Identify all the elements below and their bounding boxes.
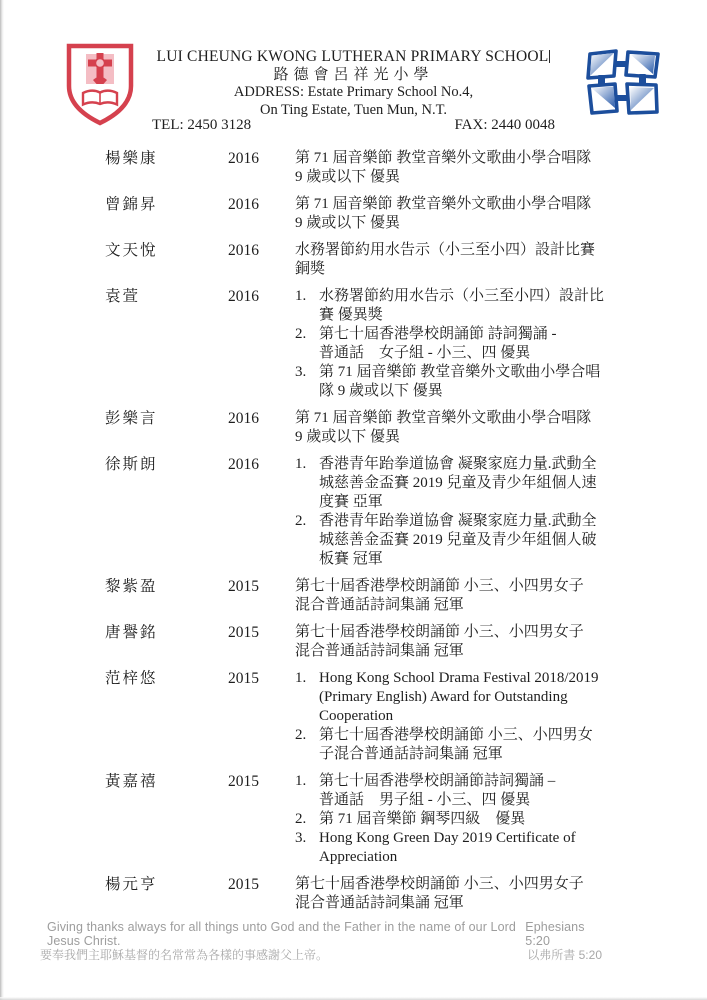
award-item-text: 第七十屆香港學校朗誦節詩詞獨誦 – 普通話 男子組 - 小三、四 優異	[319, 772, 654, 810]
award-item-number: 1.	[295, 772, 319, 810]
table-row: 黃嘉禧 2015 1.第七十屆香港學校朗誦節詩詞獨誦 – 普通話 男子組 - 小…	[105, 772, 654, 867]
award-item: 水務署節約用水告示（小三至小四）設計比賽 銅獎	[295, 241, 654, 279]
student-name: 黎紫盈	[105, 577, 228, 596]
award-year: 2015	[228, 875, 295, 894]
award-list: 水務署節約用水告示（小三至小四）設計比賽 銅獎	[295, 241, 654, 279]
tel-number: TEL: 2450 3128	[152, 117, 251, 134]
award-list: 第 71 屆音樂節 教堂音樂外文歌曲小學合唱隊 9 歲或以下 優異	[295, 409, 654, 447]
verse-text-en: Giving thanks always for all things unto…	[47, 920, 525, 948]
student-name: 黃嘉禧	[105, 772, 228, 791]
award-item-text: 香港青年跆拳道協會 凝聚家庭力量.武動全 城慈善金盃賽 2019 兒童及青少年組…	[319, 455, 654, 512]
award-item-text: 第七十屆香港學校朗誦節 小三、小四男女 子混合普通話詩詞集誦 冠軍	[319, 726, 654, 764]
table-row: 文天悅 2016 水務署節約用水告示（小三至小四）設計比賽 銅獎	[105, 241, 654, 279]
letterhead-text: LUI CHEUNG KWONG LUTHERAN PRIMARY SCHOOL…	[70, 48, 637, 119]
student-name: 文天悅	[105, 241, 228, 260]
award-year: 2015	[228, 623, 295, 642]
award-item-number: 3.	[295, 363, 319, 401]
awards-table-body: 楊樂康 2016 第 71 屆音樂節 教堂音樂外文歌曲小學合唱隊 9 歲或以下 …	[105, 149, 654, 913]
award-item: 第七十屆香港學校朗誦節 小三、小四男女子 混合普通話詩詞集誦 冠軍	[295, 875, 654, 913]
student-name: 袁萱	[105, 287, 228, 306]
verse-text-zh: 要奉我們主耶穌基督的名常常為各樣的事感謝父上帝。	[40, 946, 328, 963]
award-item-number: 2.	[295, 726, 319, 764]
award-item: 1.第七十屆香港學校朗誦節詩詞獨誦 – 普通話 男子組 - 小三、四 優異	[295, 772, 654, 810]
award-item-number: 1.	[295, 287, 319, 325]
table-row: 徐斯朗 2016 1.香港青年跆拳道協會 凝聚家庭力量.武動全 城慈善金盃賽 2…	[105, 455, 654, 569]
footer-verse-zh: 要奉我們主耶穌基督的名常常為各樣的事感謝父上帝。 以弗所書 5:20	[40, 946, 602, 963]
table-row: 唐譽銘 2015 第七十屆香港學校朗誦節 小三、小四男女子 混合普通話詩詞集誦 …	[105, 623, 654, 661]
table-row: 黎紫盈 2015 第七十屆香港學校朗誦節 小三、小四男女子 混合普通話詩詞集誦 …	[105, 577, 654, 615]
award-item-number: 2.	[295, 325, 319, 363]
verse-ref-zh: 以弗所書 5:20	[527, 946, 602, 963]
award-year: 2016	[228, 149, 295, 168]
award-item-number: 1.	[295, 669, 319, 726]
student-name: 曾錦昇	[105, 195, 228, 214]
table-row: 楊元亨 2015 第七十屆香港學校朗誦節 小三、小四男女子 混合普通話詩詞集誦 …	[105, 875, 654, 913]
student-name: 范梓悠	[105, 669, 228, 688]
award-list: 第七十屆香港學校朗誦節 小三、小四男女子 混合普通話詩詞集誦 冠軍	[295, 577, 654, 615]
award-year: 2015	[228, 772, 295, 791]
award-year: 2016	[228, 241, 295, 260]
table-row: 袁萱 2016 1.水務署節約用水告示（小三至小四）設計比 賽 優異獎2.第七十…	[105, 287, 654, 401]
award-item-text: 水務署節約用水告示（小三至小四）設計比 賽 優異獎	[319, 287, 654, 325]
award-list: 第 71 屆音樂節 教堂音樂外文歌曲小學合唱隊 9 歲或以下 優異	[295, 149, 654, 187]
tel-fax-row: TEL: 2450 3128 FAX: 2440 0048	[152, 117, 555, 134]
table-row: 曾錦昇 2016 第 71 屆音樂節 教堂音樂外文歌曲小學合唱隊 9 歲或以下 …	[105, 195, 654, 233]
award-item-text: 第七十屆香港學校朗誦節 詩詞獨誦 - 普通話 女子組 - 小三、四 優異	[319, 325, 654, 363]
award-item: 第七十屆香港學校朗誦節 小三、小四男女子 混合普通話詩詞集誦 冠軍	[295, 577, 654, 615]
award-item: 第 71 屆音樂節 教堂音樂外文歌曲小學合唱隊 9 歲或以下 優異	[295, 149, 654, 187]
award-item: 第 71 屆音樂節 教堂音樂外文歌曲小學合唱隊 9 歲或以下 優異	[295, 195, 654, 233]
address-line-1: ADDRESS: Estate Primary School No.4,	[70, 84, 637, 102]
award-item: 2.香港青年跆拳道協會 凝聚家庭力量.武動全 城慈善金盃賽 2019 兒童及青少…	[295, 512, 654, 569]
award-item-number: 3.	[295, 829, 319, 867]
award-list: 第七十屆香港學校朗誦節 小三、小四男女子 混合普通話詩詞集誦 冠軍	[295, 875, 654, 913]
school-name-zh: 路德會呂祥光小學	[70, 67, 637, 85]
award-item-number: 1.	[295, 455, 319, 512]
award-item-text: 第 71 屆音樂節 鋼琴四級 優異	[319, 810, 654, 829]
award-item-text: Hong Kong Green Day 2019 Certificate of …	[319, 829, 654, 867]
student-name: 唐譽銘	[105, 623, 228, 642]
award-item: 3.Hong Kong Green Day 2019 Certificate o…	[295, 829, 654, 867]
award-list: 1.Hong Kong School Drama Festival 2018/2…	[295, 669, 654, 764]
table-row: 范梓悠 2015 1.Hong Kong School Drama Festiv…	[105, 669, 654, 764]
award-list: 1.第七十屆香港學校朗誦節詩詞獨誦 – 普通話 男子組 - 小三、四 優異2.第…	[295, 772, 654, 867]
student-name: 楊樂康	[105, 149, 228, 168]
award-year: 2015	[228, 577, 295, 596]
school-name-en: LUI CHEUNG KWONG LUTHERAN PRIMARY SCHOOL	[70, 48, 637, 66]
award-item: 第 71 屆音樂節 教堂音樂外文歌曲小學合唱隊 9 歲或以下 優異	[295, 409, 654, 447]
document-page: LUI CHEUNG KWONG LUTHERAN PRIMARY SCHOOL…	[0, 0, 707, 1000]
award-list: 第 71 屆音樂節 教堂音樂外文歌曲小學合唱隊 9 歲或以下 優異	[295, 195, 654, 233]
award-item-text: 第 71 屆音樂節 教堂音樂外文歌曲小學合唱 隊 9 歲或以下 優異	[319, 363, 654, 401]
student-name: 彭樂言	[105, 409, 228, 428]
award-item-number: 2.	[295, 810, 319, 829]
awards-table: 楊樂康 2016 第 71 屆音樂節 教堂音樂外文歌曲小學合唱隊 9 歲或以下 …	[105, 149, 654, 921]
award-year: 2016	[228, 455, 295, 474]
award-item: 2.第 71 屆音樂節 鋼琴四級 優異	[295, 810, 654, 829]
award-item: 1.香港青年跆拳道協會 凝聚家庭力量.武動全 城慈善金盃賽 2019 兒童及青少…	[295, 455, 654, 512]
award-list: 1.水務署節約用水告示（小三至小四）設計比 賽 優異獎2.第七十屆香港學校朗誦節…	[295, 287, 654, 401]
footer-verse-en: Giving thanks always for all things unto…	[47, 920, 602, 948]
student-name: 徐斯朗	[105, 455, 228, 474]
award-item: 1.Hong Kong School Drama Festival 2018/2…	[295, 669, 654, 726]
award-item: 3.第 71 屆音樂節 教堂音樂外文歌曲小學合唱 隊 9 歲或以下 優異	[295, 363, 654, 401]
verse-ref-en: Ephesians 5:20	[525, 920, 602, 948]
award-item: 第七十屆香港學校朗誦節 小三、小四男女子 混合普通話詩詞集誦 冠軍	[295, 623, 654, 661]
table-row: 楊樂康 2016 第 71 屆音樂節 教堂音樂外文歌曲小學合唱隊 9 歲或以下 …	[105, 149, 654, 187]
student-name: 楊元亨	[105, 875, 228, 894]
lutheran-church-logo-icon	[584, 48, 662, 116]
award-item-text: Hong Kong School Drama Festival 2018/201…	[319, 669, 654, 726]
award-item: 1.水務署節約用水告示（小三至小四）設計比 賽 優異獎	[295, 287, 654, 325]
award-year: 2016	[228, 195, 295, 214]
award-list: 第七十屆香港學校朗誦節 小三、小四男女子 混合普通話詩詞集誦 冠軍	[295, 623, 654, 661]
table-row: 彭樂言 2016 第 71 屆音樂節 教堂音樂外文歌曲小學合唱隊 9 歲或以下 …	[105, 409, 654, 447]
award-item: 2.第七十屆香港學校朗誦節 小三、小四男女 子混合普通話詩詞集誦 冠軍	[295, 726, 654, 764]
award-year: 2015	[228, 669, 295, 688]
award-item-text: 香港青年跆拳道協會 凝聚家庭力量.武動全 城慈善金盃賽 2019 兒童及青少年組…	[319, 512, 654, 569]
award-item: 2.第七十屆香港學校朗誦節 詩詞獨誦 - 普通話 女子組 - 小三、四 優異	[295, 325, 654, 363]
award-list: 1.香港青年跆拳道協會 凝聚家庭力量.武動全 城慈善金盃賽 2019 兒童及青少…	[295, 455, 654, 569]
text-cursor-artifact	[549, 50, 550, 63]
award-year: 2016	[228, 287, 295, 306]
award-item-number: 2.	[295, 512, 319, 569]
fax-number: FAX: 2440 0048	[454, 117, 555, 134]
scan-edge-artifact	[0, 0, 4, 1000]
award-year: 2016	[228, 409, 295, 428]
